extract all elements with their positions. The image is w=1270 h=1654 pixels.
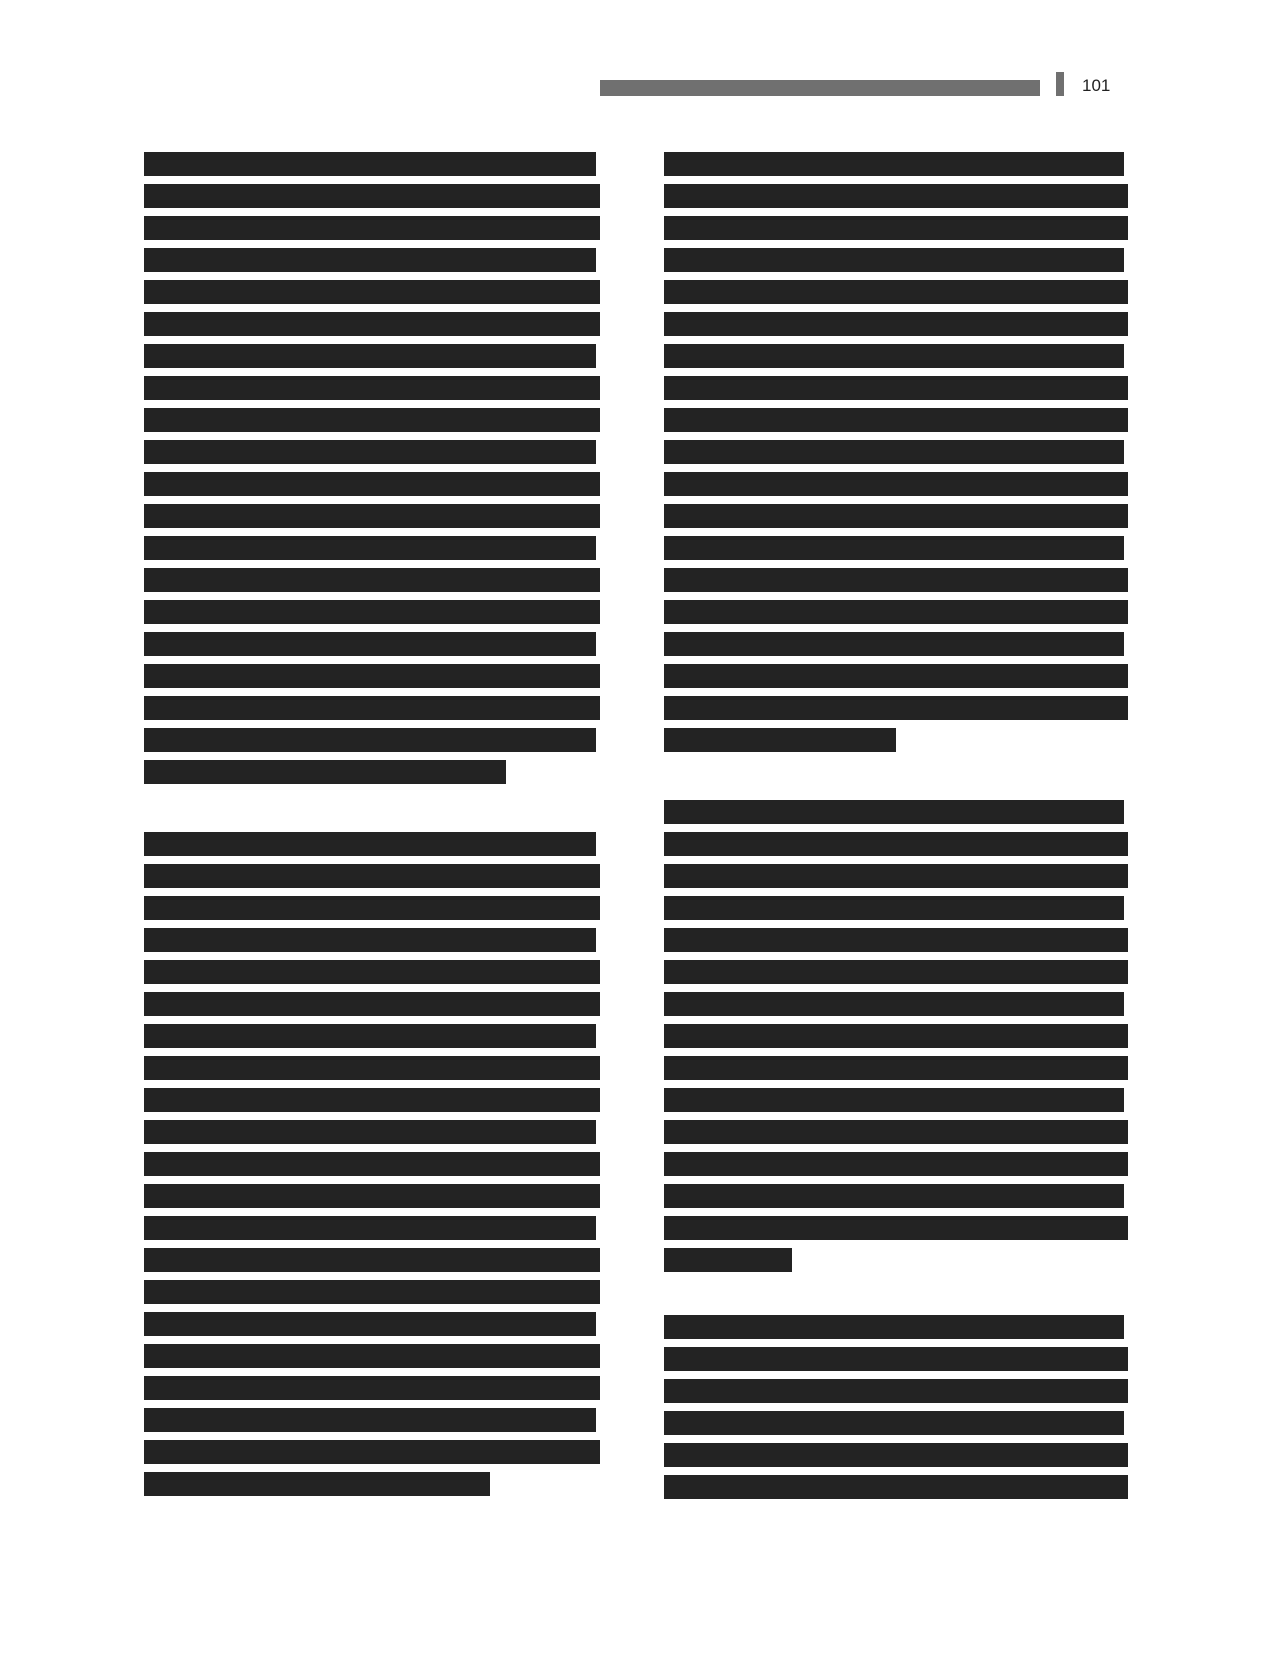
redacted-text-line [664,600,1128,624]
redacted-text-line [664,344,1124,368]
redacted-text-line [144,152,596,176]
redacted-text-line [664,536,1124,560]
redacted-text-line [664,1347,1128,1371]
redacted-text-line [664,184,1128,208]
redacted-text-line [144,536,596,560]
redacted-text-line [144,832,596,856]
redacted-text-line [664,1088,1124,1112]
redacted-text-line [664,440,1124,464]
redacted-text-line [144,600,600,624]
redacted-text-line [144,216,600,240]
redacted-text-line [144,1248,600,1272]
redacted-text-line [664,504,1128,528]
redacted-text-line [664,896,1124,920]
redacted-text-line [664,408,1128,432]
redacted-text-line [144,1152,600,1176]
running-header-bar [600,80,1040,96]
redacted-text-line [664,1411,1124,1435]
redacted-text-line [664,1184,1124,1208]
redacted-text-line [144,1344,600,1368]
redacted-text-line [144,440,596,464]
redacted-text-line [144,1088,600,1112]
header-separator [1056,72,1064,96]
redacted-text-line [144,896,600,920]
redacted-text-line [664,1315,1124,1339]
redacted-text-line [144,696,600,720]
redacted-text-line [144,504,600,528]
redacted-text-line [144,344,596,368]
redacted-text-line [664,1475,1128,1499]
redacted-text-line [664,216,1128,240]
redacted-text-line [144,1216,596,1240]
redacted-text-line [664,1443,1128,1467]
redacted-text-line [144,1280,600,1304]
redacted-text-line [664,1120,1128,1144]
redacted-text-line [144,1184,600,1208]
redacted-text-line [664,1216,1128,1240]
redacted-text-line [664,832,1128,856]
redacted-text-line [144,1120,596,1144]
redacted-text-line [144,312,600,336]
redacted-text-line [144,184,600,208]
redacted-text-line [144,376,600,400]
redacted-text-line [144,928,596,952]
redacted-text-line [144,408,600,432]
redacted-text-line [664,800,1124,824]
redacted-text-line [144,1312,596,1336]
redacted-text-line [664,728,896,752]
redacted-text-line [144,960,600,984]
redacted-text-line [144,1472,490,1496]
redacted-text-line [144,248,596,272]
redacted-text-line [144,280,600,304]
redacted-text-line [664,472,1128,496]
redacted-text-line [664,696,1128,720]
redacted-text-line [144,472,600,496]
redacted-text-line [664,864,1128,888]
redacted-text-line [664,280,1128,304]
redacted-text-line [664,960,1128,984]
redacted-text-line [664,1024,1128,1048]
redacted-text-line [664,664,1128,688]
redacted-text-line [664,1152,1128,1176]
redacted-text-line [664,376,1128,400]
redacted-text-line [144,992,600,1016]
redacted-text-line [144,864,600,888]
redacted-text-line [144,1056,600,1080]
redacted-text-line [144,1408,596,1432]
redacted-text-line [144,760,506,784]
redacted-text-line [144,1024,596,1048]
redacted-text-line [664,1379,1128,1403]
redacted-text-line [144,568,600,592]
redacted-text-line [664,928,1128,952]
redacted-text-line [664,568,1128,592]
redacted-text-line [664,1056,1128,1080]
redacted-text-line [664,992,1124,1016]
redacted-text-line [664,1248,792,1272]
redacted-text-line [664,248,1124,272]
redacted-text-line [664,312,1128,336]
redacted-text-line [144,728,596,752]
redacted-text-line [144,1440,600,1464]
page-number: 101 [1082,76,1110,96]
redacted-text-line [144,664,600,688]
redacted-text-line [664,152,1124,176]
redacted-text-line [664,632,1124,656]
redacted-text-line [144,632,596,656]
redacted-text-line [144,1376,600,1400]
